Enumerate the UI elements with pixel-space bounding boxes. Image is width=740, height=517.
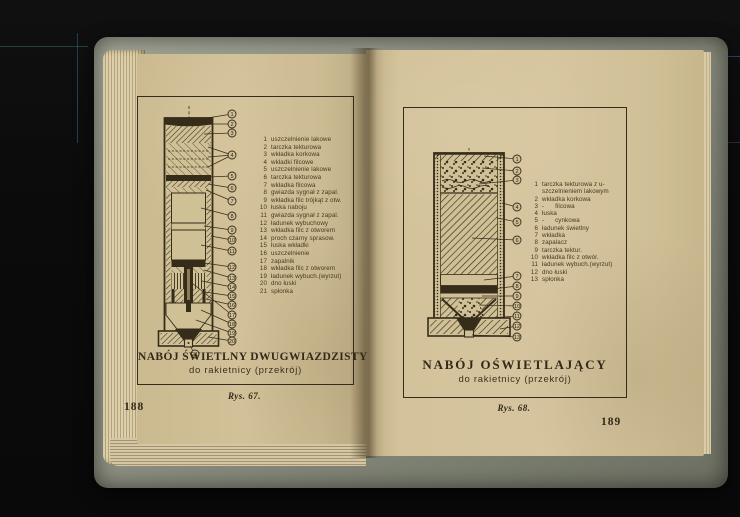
legend-item: 11 gwiazda sygnał z zapal.: [257, 212, 353, 220]
legend-item-text: - cynkowa: [542, 217, 621, 224]
legend-item-number: 14: [257, 235, 267, 243]
legend-item-number: 3: [528, 203, 538, 210]
legend-item-text: wkładka filcowa: [271, 182, 353, 190]
legend-item-number: 13: [528, 276, 538, 283]
legend-item-text: tarczka tekturowa: [271, 174, 353, 182]
legend-item: 9 tarczka tektur.: [528, 247, 621, 254]
svg-text:7: 7: [515, 274, 518, 280]
legend-item-number: 21: [257, 288, 267, 296]
legend-item: 13 wkładka filc z otworem: [257, 227, 353, 235]
svg-text:8: 8: [515, 284, 518, 290]
legend-item: 5 uszczelnienie lakowe: [257, 166, 353, 174]
legend-item-number: 9: [528, 247, 538, 254]
legend-item-number: 6: [528, 225, 538, 232]
svg-text:11: 11: [514, 314, 520, 320]
legend-item-text: łuska wkładki: [271, 242, 353, 250]
cartridge-diagram-two-star: 123456789101112131415161718192021: [146, 105, 258, 373]
legend-item-number: 18: [257, 265, 267, 273]
figure-subtitle-right: do rakietnicy (przekrój): [404, 374, 626, 385]
legend-item-text: wkładka filc z otworem: [271, 227, 353, 235]
legend-item-number: 19: [257, 273, 267, 281]
svg-text:18: 18: [229, 322, 235, 328]
legend-item: 8 gwiazda sygnał z zapal.: [257, 189, 353, 197]
page-number-189: 189: [601, 416, 621, 428]
legend-item-text: gwiazda sygnał z zapal.: [271, 212, 353, 220]
svg-text:2: 2: [515, 169, 518, 175]
legend-item: 7 wkładka filcowa: [257, 182, 353, 190]
legend-item-number: 16: [257, 250, 267, 258]
legend-item-text: tarczka tekturowa z u-szczelnieniem lako…: [542, 181, 621, 196]
legend-item-text: ładunek świetlny: [542, 225, 621, 232]
legend-item-number: 11: [528, 261, 538, 268]
legend-item-text: wkładki filcowe: [271, 159, 353, 167]
legend-item: 3 - filcowa: [528, 203, 621, 210]
svg-text:20: 20: [229, 339, 235, 345]
legend-item: 11 ładunek wybuch.(wyrzut): [528, 261, 621, 268]
svg-text:1: 1: [515, 157, 518, 163]
svg-text:14: 14: [229, 285, 235, 291]
svg-text:17: 17: [229, 313, 235, 319]
figure-subtitle-left: do rakietnicy (przekrój): [138, 365, 353, 376]
legend-item-number: 7: [528, 232, 538, 239]
legend-item-text: łuska: [542, 210, 621, 217]
legend-item-number: 2: [528, 196, 538, 203]
svg-text:11: 11: [229, 249, 235, 255]
legend-item: 1 tarczka tekturowa z u-szczelnieniem la…: [528, 181, 621, 196]
legend-item-number: 10: [528, 254, 538, 261]
svg-text:8: 8: [230, 214, 233, 220]
legend-list-right: 1 tarczka tekturowa z u-szczelnieniem la…: [528, 181, 621, 283]
legend-item: 12 ładunek wybuchowy: [257, 220, 353, 228]
scanner-artifact-line-teal: [0, 46, 88, 47]
legend-item-text: uszczelnienie lakowe: [271, 166, 353, 174]
legend-list-left: 1 uszczelnienie lakowe 2 tarczka tekturo…: [257, 136, 353, 295]
legend-item: 10 wkładka filc z otwór.: [528, 254, 621, 261]
legend-item-number: 15: [257, 242, 267, 250]
legend-item-text: spłonka: [271, 288, 353, 296]
svg-text:10: 10: [229, 238, 235, 244]
legend-item-number: 11: [257, 212, 267, 220]
legend-item: 10 łuska naboju: [257, 204, 353, 212]
legend-item-text: dno łuski: [542, 269, 621, 276]
legend-item-number: 12: [257, 220, 267, 228]
legend-item-text: uszczelnienie lakowe: [271, 136, 353, 144]
svg-text:15: 15: [229, 294, 235, 300]
legend-item-number: 13: [257, 227, 267, 235]
legend-item: 13 spłonka: [528, 276, 621, 283]
legend-item: 21 spłonka: [257, 288, 353, 296]
legend-item: 6 ładunek świetlny: [528, 225, 621, 232]
cork-and-felt-layers: [441, 161, 498, 193]
svg-text:3: 3: [230, 131, 233, 137]
illuminating-charge: [441, 195, 498, 275]
legend-item: 9 wkładka filc trójkąt z otw.: [257, 197, 353, 205]
legend-item: 14 proch czarny sprasow.: [257, 235, 353, 243]
scanner-artifact-line-blue-vertical: [77, 33, 78, 143]
page-number-188: 188: [124, 401, 144, 413]
figure-frame-rys-67: 123456789101112131415161718192021 1 uszc…: [137, 96, 354, 385]
legend-item-number: 17: [257, 258, 267, 266]
callout-10: 10: [211, 236, 236, 244]
figure-title-right: NABÓJ OŚWIETLAJĄCY: [404, 357, 626, 373]
legend-item: 1 uszczelnienie lakowe: [257, 136, 353, 144]
legend-item: 2 tarczka tekturowa: [257, 144, 353, 152]
legend-item-text: - filcowa: [542, 203, 621, 210]
svg-text:9: 9: [230, 228, 233, 234]
legend-item-number: 9: [257, 197, 267, 205]
legend-item-text: wkładka filc z otworem: [271, 265, 353, 273]
legend-item: 4 wkładki filcowe: [257, 159, 353, 167]
figure-frame-rys-68: 12345678910111213 1 tarczka tekturowa z …: [403, 107, 627, 398]
svg-text:4: 4: [230, 153, 233, 159]
legend-item: 3 wkładka korkowa: [257, 151, 353, 159]
legend-item-text: ładunek wybuch.(wyrzut): [271, 273, 353, 281]
legend-item-number: 20: [257, 280, 267, 288]
figure-caption-rys-67: Rys. 67.: [137, 391, 352, 401]
case-base-and-primer: [159, 329, 219, 347]
legend-item-text: tarczka tekturowa: [271, 144, 353, 152]
legend-item-number: 7: [257, 182, 267, 190]
legend-item: 4 łuska: [528, 210, 621, 217]
figure-caption-rys-68: Rys. 68.: [403, 403, 625, 413]
svg-text:5: 5: [515, 220, 518, 226]
legend-item: 17 zapalnik: [257, 258, 353, 266]
svg-text:6: 6: [230, 186, 233, 192]
figure-title-left: NABÓJ ŚWIETLNY DWUGWIAZDZISTY: [138, 351, 353, 363]
svg-text:19: 19: [229, 331, 235, 337]
legend-item-number: 6: [257, 174, 267, 182]
legend-item: 20 dno łuski: [257, 280, 353, 288]
legend-item: 15 łuska wkładki: [257, 242, 353, 250]
legend-item-text: wkładka korkowa: [271, 151, 353, 159]
legend-item: 2 wkładka korkowa: [528, 196, 621, 203]
cartridge-diagram-illuminating: 12345678910111213: [424, 148, 534, 348]
legend-item-text: wkładka korkowa: [542, 196, 621, 203]
svg-text:3: 3: [515, 178, 518, 184]
svg-text:12: 12: [229, 265, 235, 271]
legend-item-text: wkładka: [542, 232, 621, 239]
svg-text:5: 5: [230, 174, 233, 180]
svg-text:16: 16: [229, 303, 235, 309]
legend-item-number: 1: [528, 181, 538, 196]
case-base-and-primer: [428, 318, 510, 337]
svg-text:4: 4: [515, 205, 518, 211]
legend-item-text: uszczelnienie: [271, 250, 353, 258]
legend-item-text: dno łuski: [271, 280, 353, 288]
legend-item: 8 zapalacz: [528, 239, 621, 246]
legend-item: 6 tarczka tekturowa: [257, 174, 353, 182]
book-photo: 123456789101112131415161718192021 1 uszc…: [0, 0, 740, 517]
legend-item-text: tarczka tektur.: [542, 247, 621, 254]
legend-item-text: gwiazda sygnał z zapal.: [271, 189, 353, 197]
svg-text:1: 1: [230, 112, 233, 118]
svg-text:7: 7: [230, 199, 233, 205]
legend-item-number: 10: [257, 204, 267, 212]
legend-item-text: proch czarny sprasow.: [271, 235, 353, 243]
svg-text:9: 9: [515, 294, 518, 300]
legend-item: 19 ładunek wybuch.(wyrzut): [257, 273, 353, 281]
legend-item-number: 5: [257, 166, 267, 174]
legend-item-number: 4: [528, 210, 538, 217]
legend-item-number: 1: [257, 136, 267, 144]
svg-text:12: 12: [514, 324, 520, 330]
legend-item-text: ładunek wybuch.(wyrzut): [542, 261, 621, 268]
legend-item-number: 2: [257, 144, 267, 152]
svg-text:10: 10: [514, 304, 520, 310]
legend-item: 18 wkładka filc z otworem: [257, 265, 353, 273]
legend-item-number: 3: [257, 151, 267, 159]
svg-text:6: 6: [515, 238, 518, 244]
legend-item-text: ładunek wybuchowy: [271, 220, 353, 228]
svg-text:13: 13: [514, 335, 520, 341]
legend-item-number: 8: [257, 189, 267, 197]
legend-item-text: zapalnik: [271, 258, 353, 266]
svg-text:2: 2: [230, 122, 233, 128]
legend-item: 7 wkładka: [528, 232, 621, 239]
legend-item-number: 5: [528, 217, 538, 224]
legend-item-number: 12: [528, 269, 538, 276]
legend-item: 5 - cynkowa: [528, 217, 621, 224]
legend-item-number: 4: [257, 159, 267, 167]
svg-text:13: 13: [229, 276, 235, 282]
legend-item-text: zapalacz: [542, 239, 621, 246]
legend-item-text: łuska naboju: [271, 204, 353, 212]
legend-item-number: 8: [528, 239, 538, 246]
legend-item: 12 dno łuski: [528, 269, 621, 276]
legend-item: 16 uszczelnienie: [257, 250, 353, 258]
legend-item-text: wkładka filc z otwór.: [542, 254, 621, 261]
legend-item-text: spłonka: [542, 276, 621, 283]
legend-item-text: wkładka filc trójkąt z otw.: [271, 197, 353, 205]
